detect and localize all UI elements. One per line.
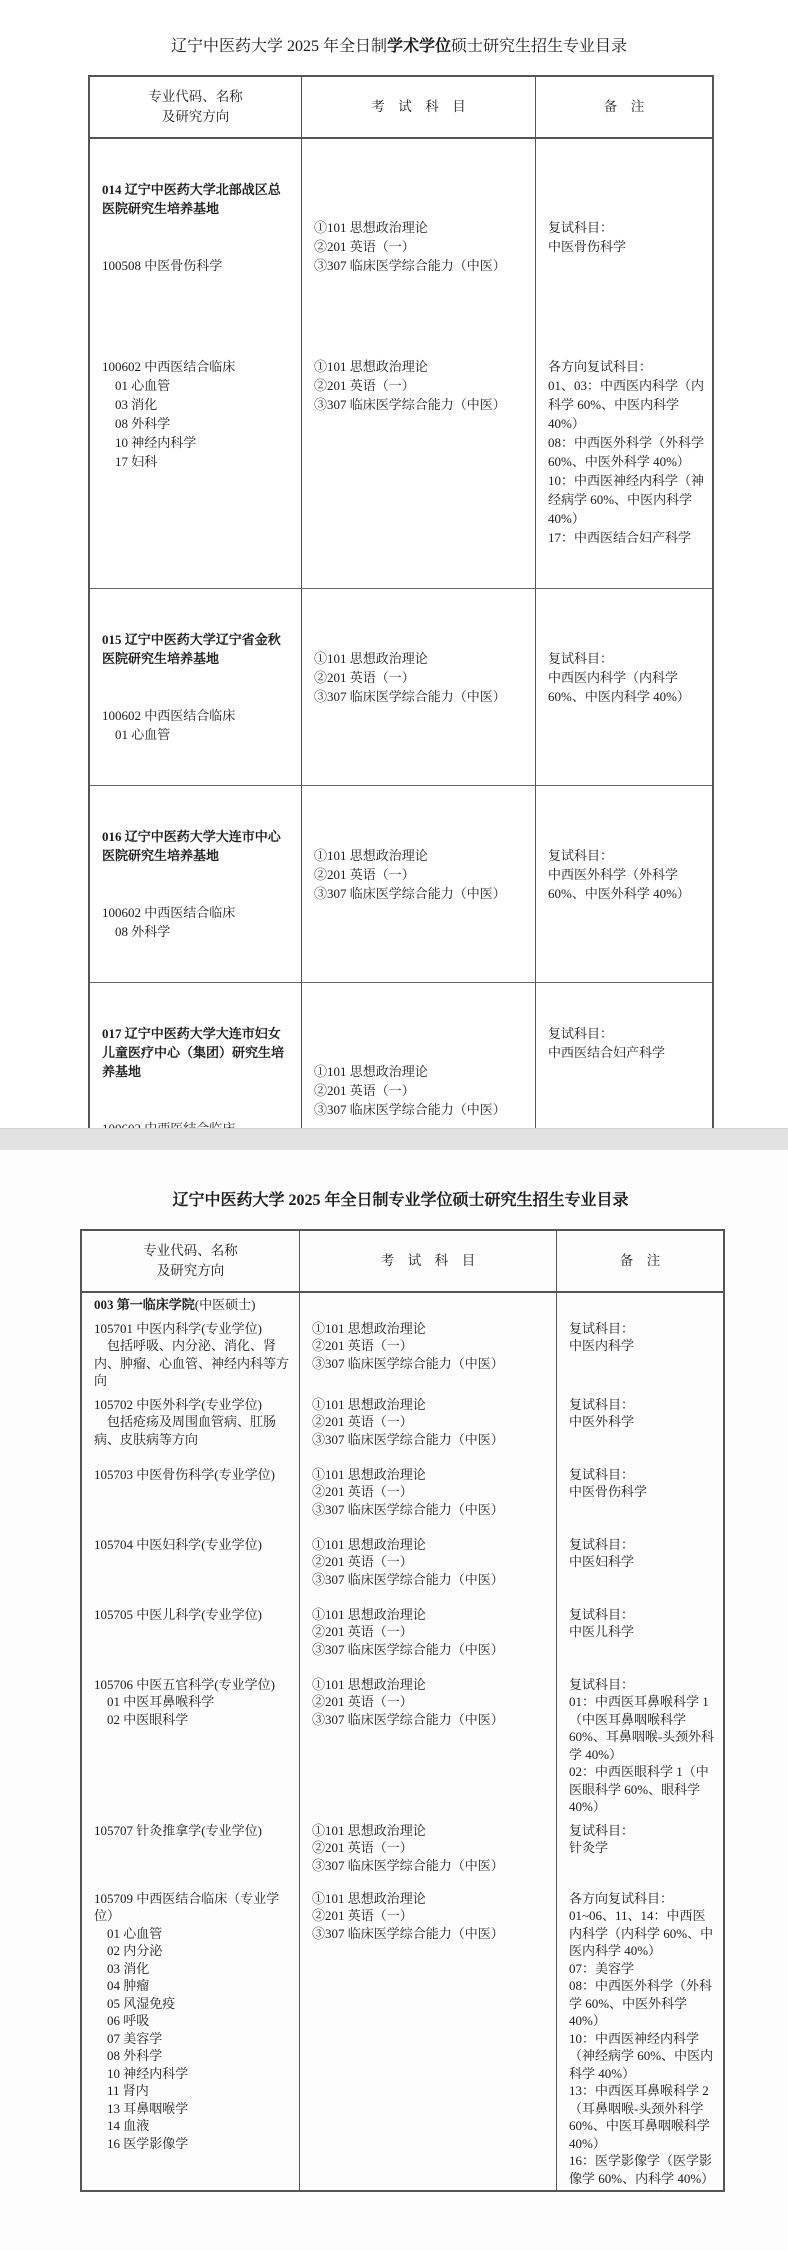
header-program-line1: 专业代码、名称: [148, 87, 243, 107]
remark-lines: 复试科目：中医儿科学: [569, 1606, 717, 1641]
text-line: 105703 中医骨伤科学(专业学位): [94, 1466, 289, 1484]
remarks-cell: 各方向复试科目：01、03：中西医内科学（内科学 60%、中医内科学 40%）0…: [535, 316, 712, 588]
exam-subjects-cell: ①101 思想政治理论②201 英语（一）③307 临床医学综合能力（中医）: [301, 589, 535, 785]
text-line: 05 风湿免疫: [94, 1995, 289, 2013]
exam-subject-lines: ①101 思想政治理论②201 英语（一）③307 临床医学综合能力（中医）: [312, 1536, 546, 1589]
text-line: 复试科目：: [569, 1320, 717, 1338]
professional-table: 专业代码、名称 及研究方向 考 试 科 目 备 注 003 第一临床学院(中医硕…: [80, 1229, 725, 2192]
text-line: 中医妇科学: [569, 1553, 717, 1571]
text-line: 04 肿瘤: [94, 1977, 289, 1995]
text-line: 105702 中医外科学(专业学位): [94, 1396, 289, 1414]
dept-003-heading: 003 第一临床学院: [94, 1297, 195, 1312]
text-line: ①101 思想政治理论: [314, 218, 525, 237]
title-bold-degree-type: 学术学位: [387, 38, 451, 55]
remark-lines: 复试科目：01：中西医耳鼻喉科学 1（中医耳鼻咽喉科学 60%、耳鼻咽喉-头颈外…: [569, 1676, 717, 1816]
text-line: ③307 临床医学综合能力（中医）: [312, 1925, 546, 1943]
text-line: ②201 英语（一）: [312, 1413, 546, 1431]
program-cell: 105709 中西医结合临床（专业学位） 01 心血管 02 内分泌 03 消化…: [82, 1887, 299, 2191]
text-line: 08：中西医外科学（外科学 60%、中医外科学 40%）: [548, 433, 706, 471]
remarks-cell: 复试科目：中西医外科学（外科学 60%、中医外科学 40%）: [535, 786, 712, 982]
remark-lines: 各方向复试科目：01~06、11、14：中西医内科学（内科学 60%、中医内科学…: [569, 1890, 717, 2188]
text-line: 14 血液: [94, 2117, 289, 2135]
text-line: ②201 英语（一）: [312, 1483, 546, 1501]
text-line: ①101 思想政治理论: [314, 649, 525, 668]
text-line: ①101 思想政治理论: [312, 1822, 546, 1840]
base-017-heading: 017 辽宁中医药大学大连市妇女儿童医疗中心（集团）研究生培养基地: [102, 1024, 291, 1081]
text-line: 02 内分泌: [94, 1942, 289, 1960]
text-line: 复试科目：: [548, 846, 706, 865]
row-003-dept: 003 第一临床学院(中医硕士): [82, 1293, 723, 1317]
text-line: 06 呼吸: [94, 2012, 289, 2030]
program-lines: 105704 中医妇科学(专业学位): [94, 1536, 289, 1554]
text-line: 16：医学影像学（医学影像学 60%、内科学 40%）: [569, 2152, 717, 2187]
row-105704: 105704 中医妇科学(专业学位) ①101 思想政治理论②201 英语（一）…: [82, 1533, 723, 1603]
text-line: ②201 英语（一）: [314, 237, 525, 256]
exam-subject-lines: ①101 思想政治理论②201 英语（一）③307 临床医学综合能力（中医）: [312, 1890, 546, 1943]
text-line: ①101 思想政治理论: [312, 1606, 546, 1624]
academic-catalog-title: 辽宁中医药大学 2025 年全日制学术学位硕士研究生招生专业目录: [88, 36, 710, 58]
row-015: 015 辽宁中医药大学辽宁省金秋医院研究生培养基地 100602 中西医结合临床…: [90, 589, 712, 786]
text-line: 105709 中西医结合临床（专业学位）: [94, 1890, 289, 1925]
exam-subjects-cell: ①101 思想政治理论②201 英语（一）③307 临床医学综合能力（中医）: [301, 786, 535, 982]
program-lines: 100508 中医骨伤科学: [102, 256, 291, 275]
exam-subjects-cell: ①101 思想政治理论②201 英语（一）③307 临床医学综合能力（中医）: [301, 139, 535, 316]
text-line: 01：中西医耳鼻喉科学 1（中医耳鼻咽喉科学 60%、耳鼻咽喉-头颈外科学 40…: [569, 1693, 717, 1763]
text-line: 各方向复试科目：: [548, 357, 706, 376]
text-line: ③307 临床医学综合能力（中医）: [312, 1431, 546, 1449]
remarks-cell: 复试科目：01：中西医耳鼻喉科学 1（中医耳鼻咽喉科学 60%、耳鼻咽喉-头颈外…: [556, 1673, 723, 1819]
text-line: 03 消化: [102, 395, 291, 414]
text-line: 01 中医耳鼻喉科学: [94, 1693, 289, 1711]
text-line: ③307 临床医学综合能力（中医）: [312, 1571, 546, 1589]
header-exam-subjects-label: 考 试 科 目: [371, 97, 466, 117]
text-line: 07：美容学: [569, 1960, 717, 1978]
text-line: ②201 英语（一）: [314, 865, 525, 884]
remarks-cell: 复试科目：针灸学: [556, 1819, 723, 1887]
exam-subjects-cell: [299, 1293, 556, 1317]
text-line: ③307 临床医学综合能力（中医）: [314, 687, 525, 706]
exam-subjects-cell: ①101 思想政治理论②201 英语（一）③307 临床医学综合能力（中医）: [299, 1317, 556, 1393]
text-line: ②201 英语（一）: [314, 1081, 525, 1100]
text-line: ②201 英语（一）: [312, 1623, 546, 1641]
program-lines: 105709 中西医结合临床（专业学位） 01 心血管 02 内分泌 03 消化…: [94, 1890, 289, 2153]
text-line: ②201 英语（一）: [312, 1693, 546, 1711]
remark-lines: 复试科目：中医妇科学: [569, 1536, 717, 1571]
text-line: ②201 英语（一）: [312, 1553, 546, 1571]
program-cell: 105702 中医外科学(专业学位) 包括疮疡及周围血管病、肛肠病、皮肤病等方向: [82, 1393, 299, 1463]
header-program-line2: 及研究方向: [157, 1261, 225, 1281]
text-line: 105706 中医五官科学(专业学位): [94, 1676, 289, 1694]
remarks-cell: 复试科目：中西医内科学（内科学 60%、中医内科学 40%）: [535, 589, 712, 785]
base-016-heading: 016 辽宁中医药大学大连市中心医院研究生培养基地: [102, 827, 291, 865]
text-line: ③307 临床医学综合能力（中医）: [312, 1711, 546, 1729]
remarks-cell: 复试科目：中医外科学: [556, 1393, 723, 1463]
program-cell: 105701 中医内科学(专业学位) 包括呼吸、内分泌、消化、肾内、肿瘤、心血管…: [82, 1317, 299, 1393]
base-015-heading: 015 辽宁中医药大学辽宁省金秋医院研究生培养基地: [102, 630, 291, 668]
exam-subjects-cell: ①101 思想政治理论②201 英语（一）③307 临床医学综合能力（中医）: [299, 1463, 556, 1533]
exam-subjects-cell: ①101 思想政治理论②201 英语（一）③307 临床医学综合能力（中医）: [299, 1533, 556, 1603]
text-line: 105701 中医内科学(专业学位): [94, 1320, 289, 1338]
header-program-line1: 专业代码、名称: [143, 1241, 238, 1261]
program-cell: 105704 中医妇科学(专业学位): [82, 1533, 299, 1603]
remark-lines: 复试科目：中医内科学: [569, 1320, 717, 1355]
program-cell: 014 辽宁中医药大学北部战区总医院研究生培养基地 100508 中医骨伤科学: [90, 139, 301, 316]
exam-subject-lines: ①101 思想政治理论②201 英语（一）③307 临床医学综合能力（中医）: [312, 1396, 546, 1449]
text-line: 02：中西医眼科学 1（中医眼科学 60%、眼科学 40%）: [569, 1763, 717, 1816]
academic-table: 专业代码、名称 及研究方向 考 试 科 目 备 注 014 辽宁中医药大学北部战…: [88, 75, 714, 1200]
program-cell: 105705 中医儿科学(专业学位): [82, 1603, 299, 1673]
text-line: 复试科目：: [569, 1466, 717, 1484]
text-line: 中医儿科学: [569, 1623, 717, 1641]
text-line: ③307 临床医学综合能力（中医）: [312, 1355, 546, 1373]
program-cell: 105703 中医骨伤科学(专业学位): [82, 1463, 299, 1533]
text-line: ①101 思想政治理论: [314, 357, 525, 376]
row-016: 016 辽宁中医药大学大连市中心医院研究生培养基地 100602 中西医结合临床…: [90, 786, 712, 983]
header-exam-subjects-column: 考 试 科 目: [301, 77, 535, 137]
remark-lines: 复试科目：中西医内科学（内科学 60%、中医内科学 40%）: [548, 649, 706, 706]
text-line: 105704 中医妇科学(专业学位): [94, 1536, 289, 1554]
row-105706: 105706 中医五官科学(专业学位) 01 中医耳鼻喉科学 02 中医眼科学 …: [82, 1673, 723, 1819]
text-line: 105707 针灸推拿学(专业学位): [94, 1822, 289, 1840]
text-line: 02 中医眼科学: [94, 1711, 289, 1729]
exam-subject-lines: ①101 思想政治理论②201 英语（一）③307 临床医学综合能力（中医）: [314, 649, 525, 706]
text-line: 08 外科学: [94, 2047, 289, 2065]
text-line: ①101 思想政治理论: [312, 1890, 546, 1908]
text-line: 10 神经内科学: [102, 433, 291, 452]
text-line: ①101 思想政治理论: [312, 1320, 546, 1338]
text-line: ①101 思想政治理论: [314, 846, 525, 865]
text-line: ②201 英语（一）: [312, 1907, 546, 1925]
text-line: 01 心血管: [102, 376, 291, 395]
text-line: 复试科目：: [569, 1536, 717, 1554]
text-line: 07 美容学: [94, 2030, 289, 2048]
exam-subjects-cell: ①101 思想政治理论②201 英语（一）③307 临床医学综合能力（中医）: [299, 1603, 556, 1673]
text-line: 复试科目：: [548, 218, 706, 237]
exam-subject-lines: ①101 思想政治理论②201 英语（一）③307 临床医学综合能力（中医）: [312, 1822, 546, 1875]
text-line: 复试科目：: [569, 1606, 717, 1624]
text-line: 复试科目：: [569, 1822, 717, 1840]
text-line: 16 医学影像学: [94, 2135, 289, 2153]
program-cell: 105706 中医五官科学(专业学位) 01 中医耳鼻喉科学 02 中医眼科学: [82, 1673, 299, 1819]
program-lines: 100602 中西医结合临床 01 心血管: [102, 706, 291, 744]
program-lines: 105707 针灸推拿学(专业学位): [94, 1822, 289, 1840]
program-lines: 100602 中西医结合临床 01 心血管 03 消化 08 外科学 10 神经…: [102, 357, 291, 471]
row-105707: 105707 针灸推拿学(专业学位) ①101 思想政治理论②201 英语（一）…: [82, 1819, 723, 1887]
exam-subjects-cell: ①101 思想政治理论②201 英语（一）③307 临床医学综合能力（中医）: [299, 1393, 556, 1463]
title-suffix: 硕士研究生招生专业目录: [451, 38, 627, 55]
program-lines: 105705 中医儿科学(专业学位): [94, 1606, 289, 1624]
program-cell: 015 辽宁中医药大学辽宁省金秋医院研究生培养基地 100602 中西医结合临床…: [90, 589, 301, 785]
header-program-line2: 及研究方向: [162, 107, 230, 127]
exam-subject-lines: ①101 思想政治理论②201 英语（一）③307 临床医学综合能力（中医）: [314, 1062, 525, 1119]
text-line: 01~06、11、14：中西医内科学（内科学 60%、中医内科学 40%）: [569, 1907, 717, 1960]
text-line: 包括疮疡及周围血管病、肛肠病、皮肤病等方向: [94, 1413, 289, 1448]
text-line: 105705 中医儿科学(专业学位): [94, 1606, 289, 1624]
text-line: 包括呼吸、内分泌、消化、肾内、肿瘤、心血管、神经内科等方向: [94, 1337, 289, 1390]
text-line: ②201 英语（一）: [312, 1839, 546, 1857]
text-line: 中西医结合妇产科学: [548, 1043, 706, 1062]
text-line: ②201 英语（一）: [312, 1337, 546, 1355]
remark-lines: 复试科目：中医骨伤科学: [548, 218, 706, 256]
remarks-cell: [556, 1293, 723, 1317]
program-lines: 105701 中医内科学(专业学位) 包括呼吸、内分泌、消化、肾内、肿瘤、心血管…: [94, 1320, 289, 1390]
title-prefix: 辽宁中医药大学 2025 年全日制: [171, 38, 387, 55]
text-line: ①101 思想政治理论: [312, 1466, 546, 1484]
professional-table-header-row: 专业代码、名称 及研究方向 考 试 科 目 备 注: [82, 1231, 723, 1293]
remarks-cell: 复试科目：中医骨伤科学: [556, 1463, 723, 1533]
header-program-column: 专业代码、名称 及研究方向: [82, 1231, 299, 1291]
program-cell: 100602 中西医结合临床 01 心血管 03 消化 08 外科学 10 神经…: [90, 316, 301, 588]
exam-subjects-cell: ①101 思想政治理论②201 英语（一）③307 临床医学综合能力（中医）: [299, 1887, 556, 2191]
text-line: ③307 临床医学综合能力（中医）: [314, 1100, 525, 1119]
header-remarks-label: 备 注: [604, 97, 645, 117]
row-105703: 105703 中医骨伤科学(专业学位) ①101 思想政治理论②201 英语（一…: [82, 1463, 723, 1533]
text-line: 17：中西医结合妇产科学: [548, 528, 706, 547]
remark-lines: 复试科目：针灸学: [569, 1822, 717, 1857]
text-line: 17 妇科: [102, 452, 291, 471]
text-line: 中西医外科学（外科学 60%、中医外科学 40%）: [548, 865, 706, 903]
header-remarks-label: 备 注: [620, 1251, 661, 1271]
text-line: 01 心血管: [94, 1925, 289, 1943]
exam-subject-lines: ①101 思想政治理论②201 英语（一）③307 临床医学综合能力（中医）: [314, 357, 525, 414]
text-line: ③307 临床医学综合能力（中医）: [314, 256, 525, 275]
exam-subject-lines: ①101 思想政治理论②201 英语（一）③307 临床医学综合能力（中医）: [312, 1320, 546, 1373]
text-line: 复试科目：: [569, 1396, 717, 1414]
text-line: 复试科目：: [548, 649, 706, 668]
page-professional: 辽宁中医药大学 2025 年全日制专业学位硕士研究生招生专业目录 专业代码、名称…: [0, 1150, 788, 2251]
text-line: 08 外科学: [102, 922, 291, 941]
program-lines: 105702 中医外科学(专业学位) 包括疮疡及周围血管病、肛肠病、皮肤病等方向: [94, 1396, 289, 1449]
header-exam-subjects-column: 考 试 科 目: [299, 1231, 556, 1291]
text-line: 中西医内科学（内科学 60%、中医内科学 40%）: [548, 668, 706, 706]
header-exam-subjects-label: 考 试 科 目: [381, 1251, 476, 1271]
remarks-cell: 复试科目：中医儿科学: [556, 1603, 723, 1673]
remark-lines: 复试科目：中医外科学: [569, 1396, 717, 1431]
exam-subjects-cell: ①101 思想政治理论②201 英语（一）③307 临床医学综合能力（中医）: [299, 1673, 556, 1819]
page-academic: 辽宁中医药大学 2025 年全日制学术学位硕士研究生招生专业目录 专业代码、名称…: [0, 0, 788, 1128]
header-remarks-column: 备 注: [535, 77, 712, 137]
remark-lines: 复试科目：中西医结合妇产科学: [548, 1024, 706, 1062]
page-separator: [0, 1128, 788, 1152]
text-line: 10：中西医神经内科学（神经病学 60%、中医内科学 40%）: [548, 471, 706, 528]
text-line: 100602 中西医结合临床: [102, 903, 291, 922]
text-line: 08：中西医外科学（外科学 60%、中医外科学 40%）: [569, 1977, 717, 2030]
text-line: ③307 临床医学综合能力（中医）: [312, 1857, 546, 1875]
header-remarks-column: 备 注: [556, 1231, 723, 1291]
text-line: 中医内科学: [569, 1337, 717, 1355]
row-105709: 105709 中西医结合临床（专业学位） 01 心血管 02 内分泌 03 消化…: [82, 1887, 723, 2191]
text-line: 10：中西医神经内科学（神经病学 60%、中医内科学 40%）: [569, 2030, 717, 2083]
text-line: 100602 中西医结合临床: [102, 706, 291, 725]
text-line: 01 心血管: [102, 725, 291, 744]
remarks-cell: 各方向复试科目：01~06、11、14：中西医内科学（内科学 60%、中医内科学…: [556, 1887, 723, 2191]
text-line: 针灸学: [569, 1839, 717, 1857]
program-cell: 105707 针灸推拿学(专业学位): [82, 1819, 299, 1887]
professional-catalog-title: 辽宁中医药大学 2025 年全日制专业学位硕士研究生招生专业目录: [80, 1190, 721, 1212]
text-line: ②201 英语（一）: [314, 376, 525, 395]
text-line: ③307 临床医学综合能力（中医）: [314, 884, 525, 903]
remark-lines: 各方向复试科目：01、03：中西医内科学（内科学 60%、中医内科学 40%）0…: [548, 357, 706, 547]
program-lines: 105706 中医五官科学(专业学位) 01 中医耳鼻喉科学 02 中医眼科学: [94, 1676, 289, 1729]
exam-subjects-cell: ①101 思想政治理论②201 英语（一）③307 临床医学综合能力（中医）: [301, 316, 535, 588]
text-line: 复试科目：: [569, 1676, 717, 1694]
text-line: 各方向复试科目：: [569, 1890, 717, 1908]
text-line: ③307 临床医学综合能力（中医）: [312, 1501, 546, 1519]
remarks-cell: 复试科目：中医骨伤科学: [535, 139, 712, 316]
exam-subject-lines: ①101 思想政治理论②201 英语（一）③307 临床医学综合能力（中医）: [312, 1466, 546, 1519]
text-line: ③307 临床医学综合能力（中医）: [314, 395, 525, 414]
text-line: 13：中西医耳鼻喉科学 2（耳鼻咽喉-头颈外科学 60%、中医耳鼻咽喉科学 40…: [569, 2082, 717, 2152]
text-line: ②201 英语（一）: [314, 668, 525, 687]
text-line: 100602 中西医结合临床: [102, 357, 291, 376]
text-line: 13 耳鼻咽喉学: [94, 2100, 289, 2118]
program-lines: 100602 中西医结合临床 08 外科学: [102, 903, 291, 941]
text-line: 03 消化: [94, 1960, 289, 1978]
text-line: ①101 思想政治理论: [314, 1062, 525, 1081]
text-line: 100508 中医骨伤科学: [102, 256, 291, 275]
program-lines: 105703 中医骨伤科学(专业学位): [94, 1466, 289, 1484]
row-105701: 105701 中医内科学(专业学位) 包括呼吸、内分泌、消化、肾内、肿瘤、心血管…: [82, 1317, 723, 1393]
row-014-100602: 100602 中西医结合临床 01 心血管 03 消化 08 外科学 10 神经…: [90, 316, 712, 589]
header-program-column: 专业代码、名称 及研究方向: [90, 77, 301, 137]
text-line: ①101 思想政治理论: [312, 1536, 546, 1554]
text-line: 01、03：中西医内科学（内科学 60%、中医内科学 40%）: [548, 376, 706, 433]
exam-subject-lines: ①101 思想政治理论②201 英语（一）③307 临床医学综合能力（中医）: [314, 218, 525, 275]
text-line: 08 外科学: [102, 414, 291, 433]
text-line: ①101 思想政治理论: [312, 1676, 546, 1694]
row-014-100508: 014 辽宁中医药大学北部战区总医院研究生培养基地 100508 中医骨伤科学 …: [90, 139, 712, 316]
text-line: 中医外科学: [569, 1413, 717, 1431]
text-line: 中医骨伤科学: [569, 1483, 717, 1501]
academic-table-header-row: 专业代码、名称 及研究方向 考 试 科 目 备 注: [90, 77, 712, 139]
text-line: ①101 思想政治理论: [312, 1396, 546, 1414]
base-014-heading: 014 辽宁中医药大学北部战区总医院研究生培养基地: [102, 180, 291, 218]
row-105705: 105705 中医儿科学(专业学位) ①101 思想政治理论②201 英语（一）…: [82, 1603, 723, 1673]
exam-subject-lines: ①101 思想政治理论②201 英语（一）③307 临床医学综合能力（中医）: [312, 1606, 546, 1659]
exam-subject-lines: ①101 思想政治理论②201 英语（一）③307 临床医学综合能力（中医）: [312, 1676, 546, 1729]
remarks-cell: 复试科目：中医内科学: [556, 1317, 723, 1393]
text-line: 11 肾内: [94, 2082, 289, 2100]
text-line: ③307 临床医学综合能力（中医）: [312, 1641, 546, 1659]
text-line: 中医骨伤科学: [548, 237, 706, 256]
dept-003-degree-type: (中医硕士): [195, 1297, 256, 1312]
remark-lines: 复试科目：中医骨伤科学: [569, 1466, 717, 1501]
remarks-cell: 复试科目：中医妇科学: [556, 1533, 723, 1603]
exam-subjects-cell: ①101 思想政治理论②201 英语（一）③307 临床医学综合能力（中医）: [299, 1819, 556, 1887]
program-cell: 016 辽宁中医药大学大连市中心医院研究生培养基地 100602 中西医结合临床…: [90, 786, 301, 982]
remark-lines: 复试科目：中西医外科学（外科学 60%、中医外科学 40%）: [548, 846, 706, 903]
row-105702: 105702 中医外科学(专业学位) 包括疮疡及周围血管病、肛肠病、皮肤病等方向…: [82, 1393, 723, 1463]
exam-subject-lines: ①101 思想政治理论②201 英语（一）③307 临床医学综合能力（中医）: [314, 846, 525, 903]
text-line: 复试科目：: [548, 1024, 706, 1043]
program-cell: 003 第一临床学院(中医硕士): [82, 1293, 299, 1317]
text-line: 10 神经内科学: [94, 2065, 289, 2083]
